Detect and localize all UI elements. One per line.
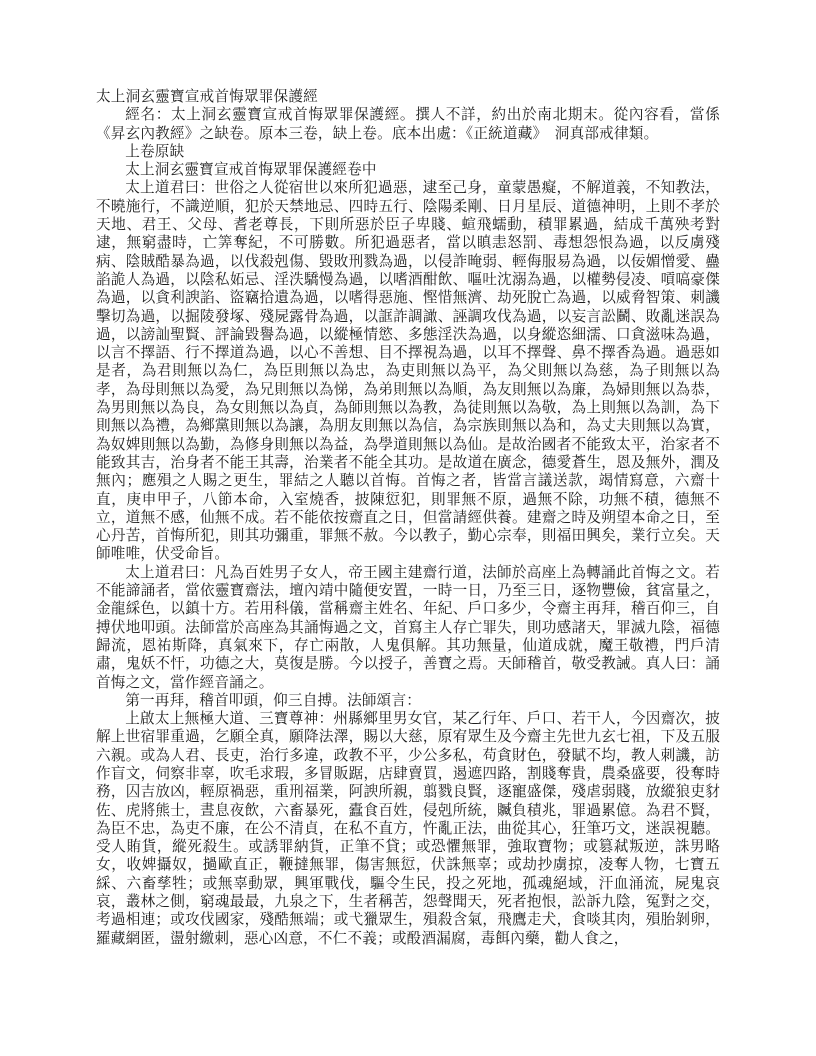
paragraph-colophon: 經名：太上洞玄靈寶宣戒首悔眾罪保護經。撰人不詳，約出於南北期末。從內容看，當係《… (96, 106, 720, 143)
paragraph-taishang-passage-1: 太上道君曰：世俗之人從宿世以來所犯過惡，逮至己身，童蒙愚癡，不解道義，不知教法，… (96, 179, 720, 563)
document-title: 太上洞玄靈寶宣戒首悔眾罪保護經 (96, 88, 720, 106)
paragraph-volume-title: 太上洞玄靈寶宣戒首悔眾罪保護經卷中 (96, 161, 720, 179)
paragraph-volume-note: 上卷原缺 (96, 143, 720, 161)
paragraph-petition: 上啟太上無極大道、三寶尊神：州縣鄉里男女官，某乙行年、戶口、若干人，今因齋次，披… (96, 710, 720, 948)
document-body: 太上洞玄靈寶宣戒首悔眾罪保護經 經名：太上洞玄靈寶宣戒首悔眾罪保護經。撰人不詳，… (96, 88, 720, 948)
paragraph-first-bow: 第一再拜，稽首叩頭，仰三自搏。法師頌言： (96, 692, 720, 710)
document-page: 太上洞玄靈寶宣戒首悔眾罪保護經 經名：太上洞玄靈寶宣戒首悔眾罪保護經。撰人不詳，… (0, 0, 816, 1056)
paragraph-taishang-passage-2: 太上道君曰：凡為百姓男子女人，帝王國主建齋行道，法師於高座上為轉誦此首悔之文。若… (96, 564, 720, 692)
